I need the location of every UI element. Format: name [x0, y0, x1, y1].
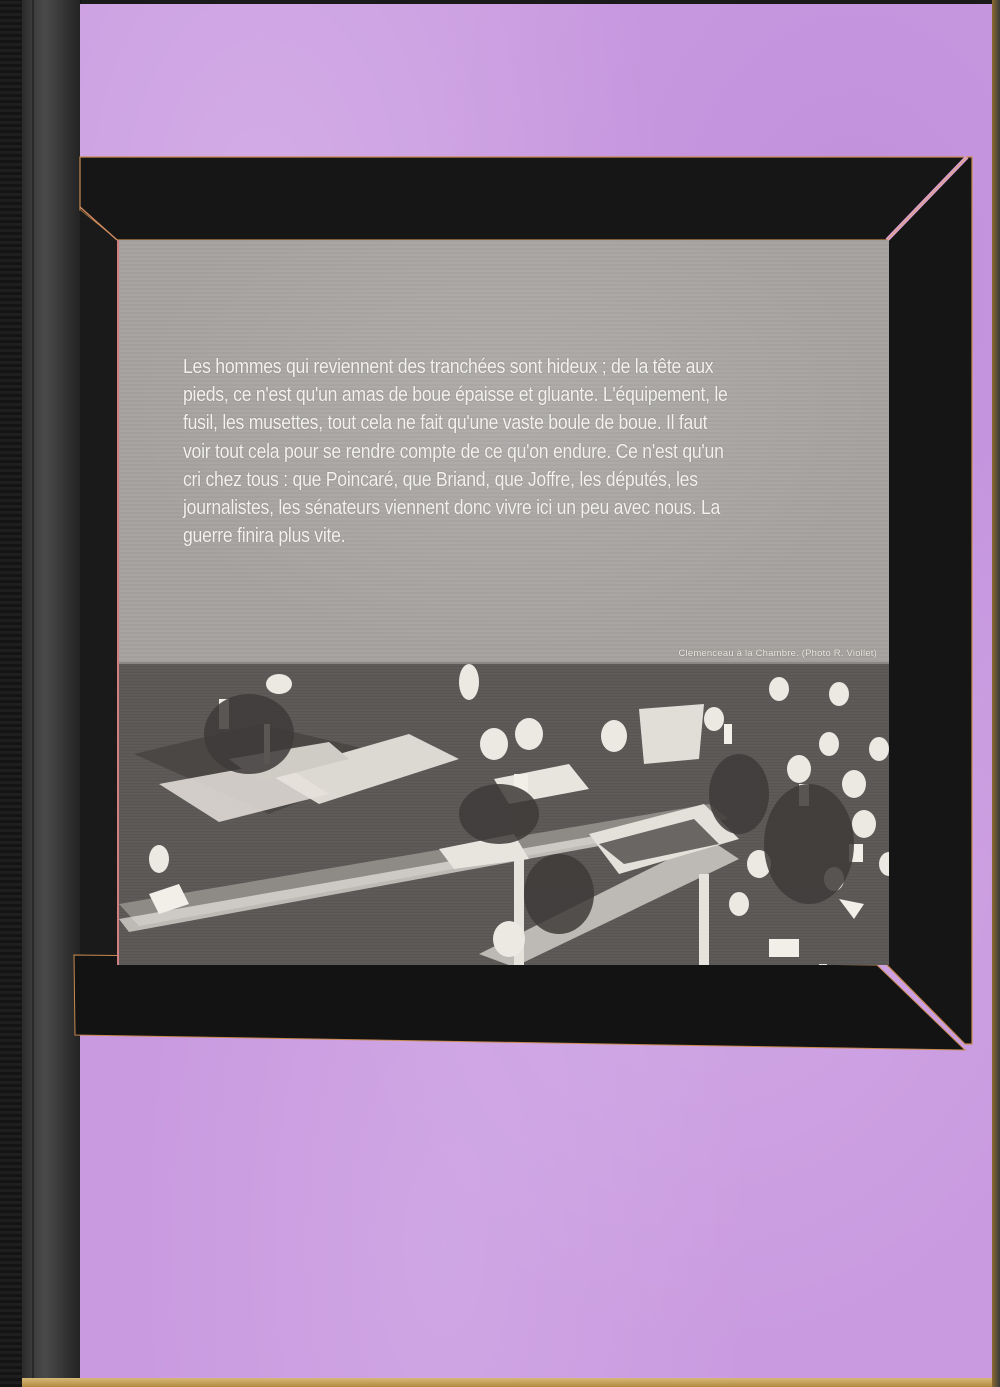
- photo-illustration: [119, 664, 889, 965]
- page-bottom-edge: [22, 1378, 997, 1387]
- quote-line: journalistes, les sénateurs viennent don…: [183, 494, 877, 522]
- chamber-photograph: [119, 662, 889, 965]
- quote-line: voir tout cela pour se rendre compte de …: [183, 438, 877, 466]
- quote-panel: Les hommes qui reviennent des tranchées …: [119, 240, 889, 662]
- quote-line: guerre finira plus vite.: [183, 522, 877, 550]
- quote-line: pieds, ce n'est qu'un amas de boue épais…: [183, 381, 877, 409]
- page-right-edge: [992, 0, 1000, 1387]
- printed-sheet: Les hommes qui reviennent des tranchées …: [117, 240, 889, 965]
- quote-text: Les hommes qui reviennent des tranchées …: [183, 353, 877, 550]
- album-cover-edge: [0, 0, 22, 1387]
- quote-line: fusil, les musettes, tout cela ne fait q…: [183, 409, 877, 437]
- quote-line: Les hommes qui reviennent des tranchées …: [183, 353, 877, 381]
- album-binding-strip: [22, 0, 81, 1378]
- photo-caption: Clemenceau à la Chambre. (Photo R. Violl…: [678, 648, 877, 659]
- quote-line: cri chez tous : que Poincaré, que Briand…: [183, 466, 877, 494]
